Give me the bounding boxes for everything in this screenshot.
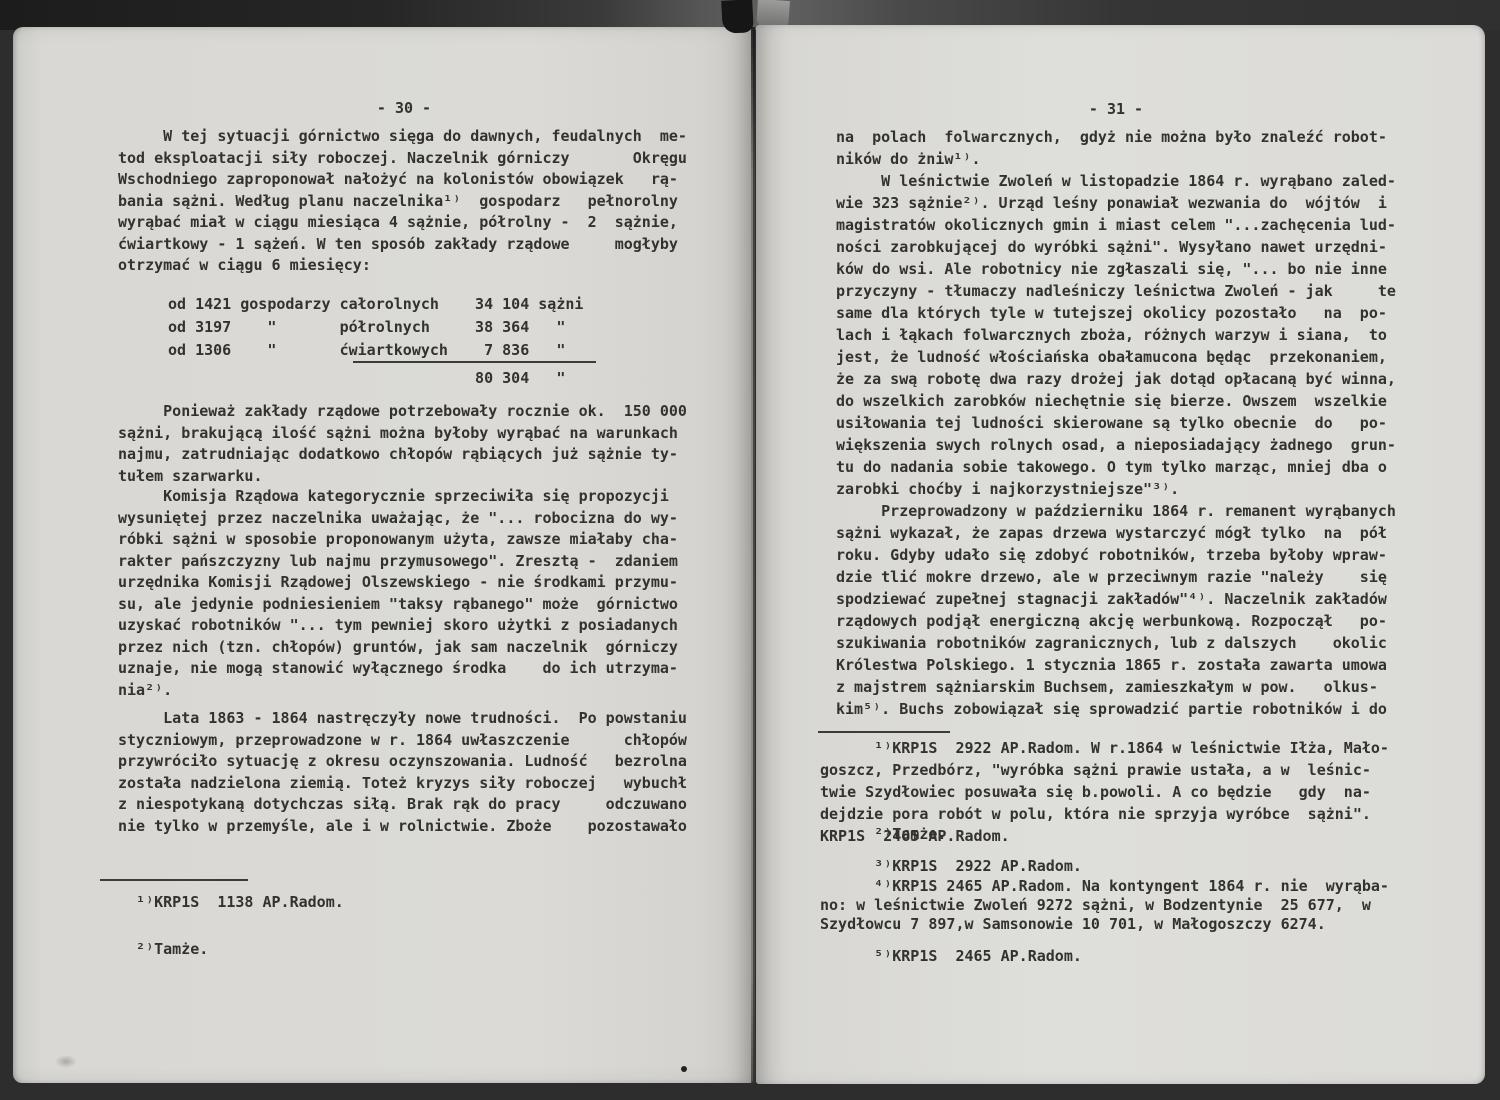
footnote: ⁵⁾KRP1S 2465 AP.Radom. xyxy=(820,945,1082,967)
page-number-left: - 30 - xyxy=(118,98,690,120)
footnote: ²⁾Tamże. xyxy=(820,823,946,845)
paragraph: W leśnictwie Zwoleń w listopadzie 1864 r… xyxy=(836,170,1396,500)
paragraph: na polach folwarcznych, gdyż nie można b… xyxy=(836,126,1387,170)
footnote-separator xyxy=(100,879,248,881)
table-total-row: 80 304 " xyxy=(168,368,565,390)
footnote: ²⁾Tamże. xyxy=(118,939,208,961)
footnote: ¹⁾KRP1S 1138 AP.Radom. xyxy=(118,892,344,914)
footnote: ⁴⁾KRP1S 2465 AP.Radom. Na kontyngent 186… xyxy=(820,877,1389,934)
page-number-right: - 31 - xyxy=(836,98,1396,120)
book-scan: - 30 - W tej sytuacji górnictwo sięga do… xyxy=(0,0,1500,1100)
right-page: - 31 - na polach folwarcznych, gdyż nie … xyxy=(756,25,1485,1084)
table-rows: od 1421 gospodarzy całorolnych 34 104 są… xyxy=(168,293,583,362)
footnote: ³⁾KRP1S 2922 AP.Radom. xyxy=(820,855,1082,877)
book-gutter xyxy=(751,27,755,1083)
table-sum-rule xyxy=(353,361,596,363)
binding-clip-dark xyxy=(721,0,754,34)
footnote-separator xyxy=(818,731,950,733)
paragraph: W tej sytuacji górnictwo sięga do dawnyc… xyxy=(118,126,687,277)
scan-ink-dot xyxy=(681,1066,687,1072)
scan-smudge xyxy=(55,1055,77,1068)
left-page: - 30 - W tej sytuacji górnictwo sięga do… xyxy=(13,27,753,1083)
paragraph: Komisja Rządowa kategorycznie sprzeciwił… xyxy=(118,486,678,701)
paragraph: Ponieważ zakłady rządowe potrzebowały ro… xyxy=(118,401,687,487)
paragraph: Lata 1863 - 1864 nastręczyły nowe trudno… xyxy=(118,708,687,837)
paragraph: Przeprowadzony w październiku 1864 r. re… xyxy=(836,500,1396,720)
